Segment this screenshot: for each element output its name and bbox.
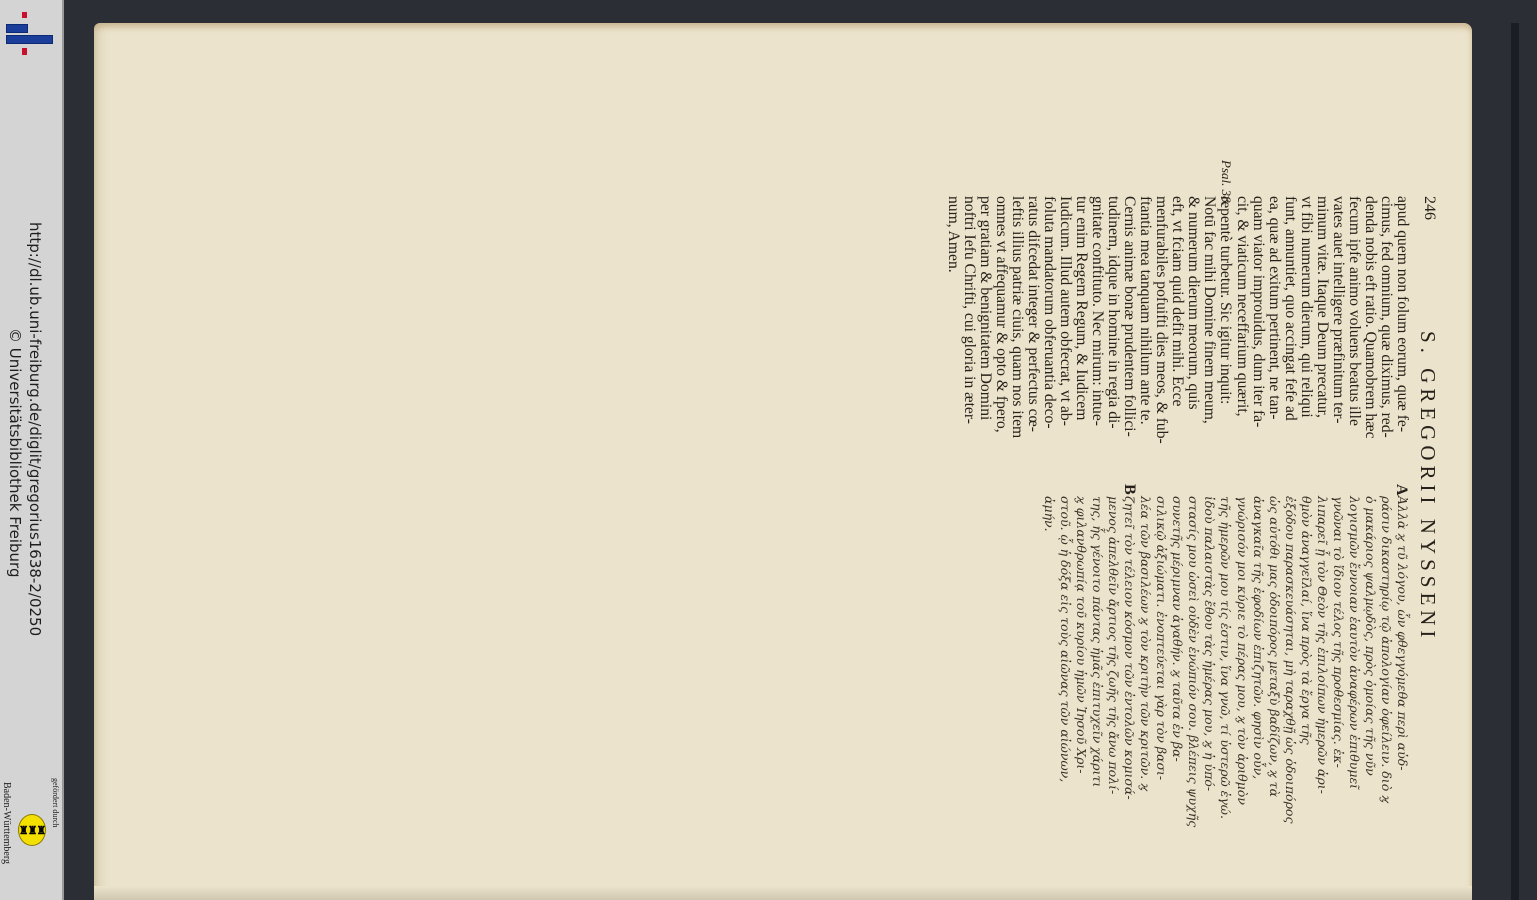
baden-wuerttemberg-seal-icon: ♜♜♜: [18, 814, 46, 846]
section-marker-a: A: [1392, 484, 1410, 496]
text-line: ράσιν δικαστηρίῳ τῷ ἀπολογίαν ὀφείλειν. …: [1378, 496, 1394, 896]
text-line: ἀμήν.: [1041, 496, 1057, 896]
greek-text-column: Ἀλλὰ ϗ τῦ λόγου, ὧν φθεγγόμεθα περὶ αὐδ-…: [1041, 496, 1410, 896]
text-line: minum vitæ. Itaque Deum precatur,: [1314, 196, 1330, 486]
text-line: σιλικῷ ἀξιώματι. ἐνοπτεύεται γὰρ τὸν βασ…: [1153, 496, 1169, 896]
text-line: συνετῆς μέριμναν ἀγαθήν. ϗ ταῦτα ἐν βα-: [1169, 496, 1185, 896]
copyright-notice: © Universitätsbibliothek Freiburg: [6, 328, 24, 577]
text-line: ea, quæ ad exitum pertinent, ne tan-: [1266, 196, 1282, 486]
logo-blue-bar-long: [6, 35, 53, 44]
text-line: Cernis animæ bonæ prudentem follici-: [1121, 196, 1137, 486]
text-line: Notū fac mihi Domine finem meum,: [1201, 196, 1217, 486]
margin-note-psalm: Psal. 38.: [1218, 160, 1234, 196]
text-line: vt fibi numerum dierum, qui reliqui: [1298, 196, 1314, 486]
text-line: ἐξόδου παρασκευάσηται, μὴ ταραχθῇ ὡς ὁδο…: [1282, 496, 1298, 896]
text-line: στασίς μου ὡσεὶ οὐδὲν ἐνώπιόν σου. βλέπε…: [1185, 496, 1201, 896]
text-line: ζητεῖ τὸν τέλειον κόσμον τῶν ἐντολῶν κομ…: [1121, 496, 1137, 896]
text-line: ftantia mea tanquam nihilum ante te.: [1137, 196, 1153, 486]
book-spine-edge: [1511, 23, 1519, 900]
text-line: menfurabiles pofuifti dies meos, & fub-: [1153, 196, 1169, 486]
text-line: apud quem non folum eorum, quæ fe-: [1394, 196, 1410, 486]
section-marker-b: B: [1120, 484, 1138, 495]
text-line: ὁ μακάριος ψαλμῳδὸς, πρὸς ὁμοίας τῆς νῦν: [1362, 496, 1378, 896]
text-line: & numerum dierum meorum, quis: [1185, 196, 1201, 486]
text-line: λογισμῶν ἔννοιαν ἑαυτὸν ἀναφέρων ἐπιθυμε…: [1346, 496, 1362, 896]
text-line: denda nobis eft ratio. Quamobrem hæc: [1362, 196, 1378, 486]
latin-text-column: apud quem non folum eorum, quæ fe-cimus,…: [945, 196, 1410, 486]
text-line: num, Amen.: [945, 196, 961, 486]
text-line: γνῶναι τὸ ἴδιον τέλος τῆς προθεσμίας. ἐκ…: [1330, 496, 1346, 896]
text-line: quam viator improuidus, dum iter fa-: [1250, 196, 1266, 486]
text-line: της, ἧς γένοιτο πάντας ἡμᾶς ἐπιτυχεῖν χά…: [1089, 496, 1105, 896]
text-line: ϗ φιλανθρωπίᾳ τοῦ κυρίου ἡμῶν Ἰησοῦ Χρι-: [1073, 496, 1089, 896]
text-line: gnitate conftituto. Nec mirum: intue-: [1089, 196, 1105, 486]
text-line: μενος ἀπελθεῖν ἄρτιος τῆς ζωῆς τῆς ἄνω π…: [1105, 496, 1121, 896]
text-line: λέα τῶν βασιλέων ϗ τὸν κριτὴν τῶν κριτῶν…: [1137, 496, 1153, 896]
text-line: Iudicum. Illud autem obfecrat, vt ab-: [1057, 196, 1073, 486]
viewer-sidebar: http://dl.ub.uni-freiburg.de/diglit/greg…: [0, 0, 64, 900]
text-line: θμὸν ἀναγγεῖλαί, ἵνα πρὸς τὰ ἔργα τῆς: [1298, 496, 1314, 896]
text-line: eft, vt fciam quid defit mihi. Ecce: [1169, 196, 1185, 486]
text-line: tudinem, idque in homine in regia di-: [1105, 196, 1121, 486]
text-line: fecum ipfe animo voluens beatus ille: [1346, 196, 1362, 486]
text-line: λιπαρεῖ ᾗ τὸν Θεὸν τῆς ἐπιλοίπων ἡμερῶν …: [1314, 496, 1330, 896]
text-line: tur enim Regem Regum, & Iudicem: [1073, 196, 1089, 486]
text-line: leftis illius patriæ ciuis, quam nos ite…: [1009, 196, 1025, 486]
text-line: vates auet intelligere præfinitum ter-: [1330, 196, 1346, 486]
text-line: στοῦ. ᾧ ἡ δόξα εἰς τοὺς αἰῶνας τῶν αἰώνω…: [1057, 496, 1073, 896]
logo-red-block-bottom: [22, 48, 27, 55]
text-line: ὡς αὐτόθι μας ὁδοιπόρος μεταξὺ βαδίζων, …: [1266, 496, 1282, 896]
funding-label-top: gefördert durch: [51, 778, 60, 828]
funding-label-bottom: Baden-Württemberg: [1, 782, 12, 864]
text-line: τῆς ἡμερῶν μου τίς ἐστιν, ἵνα γνῶ, τί ὑσ…: [1217, 496, 1233, 896]
running-title: S. GREGORII NYSSENI: [1415, 331, 1440, 642]
text-line: repentè turbetur. Sic igitur inquit:: [1217, 196, 1233, 486]
text-line: per gratiam & benignitatem Domini: [977, 196, 993, 486]
text-line: γνώρισόν μοι κύριε τὸ πέρας μου, ϗ τὸν ἀ…: [1233, 496, 1249, 896]
text-line: Ἀλλὰ ϗ τῦ λόγου, ὧν φθεγγόμεθα περὶ αὐδ-: [1394, 496, 1410, 896]
ub-freiburg-logo[interactable]: [6, 10, 54, 58]
text-line: ratus difcedat integer & perfectus cœ-: [1025, 196, 1041, 486]
text-line: noftri Iefu Chrifti, cui gloria in æter-: [961, 196, 977, 486]
text-line: cimus, fed omnium, quæ diximus, red-: [1378, 196, 1394, 486]
page-number: 246: [1420, 196, 1438, 220]
funding-credit: gefördert durch ♜♜♜ Baden-Württemberg: [0, 770, 62, 900]
text-line: funt, annuntiet, quo accingat fefe ad: [1282, 196, 1298, 486]
logo-red-block-top: [22, 12, 27, 18]
page-header: 246 S. GREGORII NYSSENI: [1414, 196, 1438, 896]
logo-blue-bar-short: [6, 24, 28, 33]
text-line: omnes vt affequamur & opto & fpero,: [993, 196, 1009, 486]
permalink-url[interactable]: http://dl.ub.uni-freiburg.de/diglit/greg…: [26, 222, 44, 636]
text-line: cit, & viaticum neceffarium quærit,: [1233, 196, 1249, 486]
text-line: ἀναγκαῖα τῆς ἐφοδίων ἐπιζητῶν. φησὶν οὖν…: [1250, 496, 1266, 896]
text-line: ἰδοὺ παλαιστὰς ἔθου τὰς ἡμέρας μου, ϗ ἡ …: [1201, 496, 1217, 896]
text-line: foluta mandatorum obferuantia deco-: [1041, 196, 1057, 486]
